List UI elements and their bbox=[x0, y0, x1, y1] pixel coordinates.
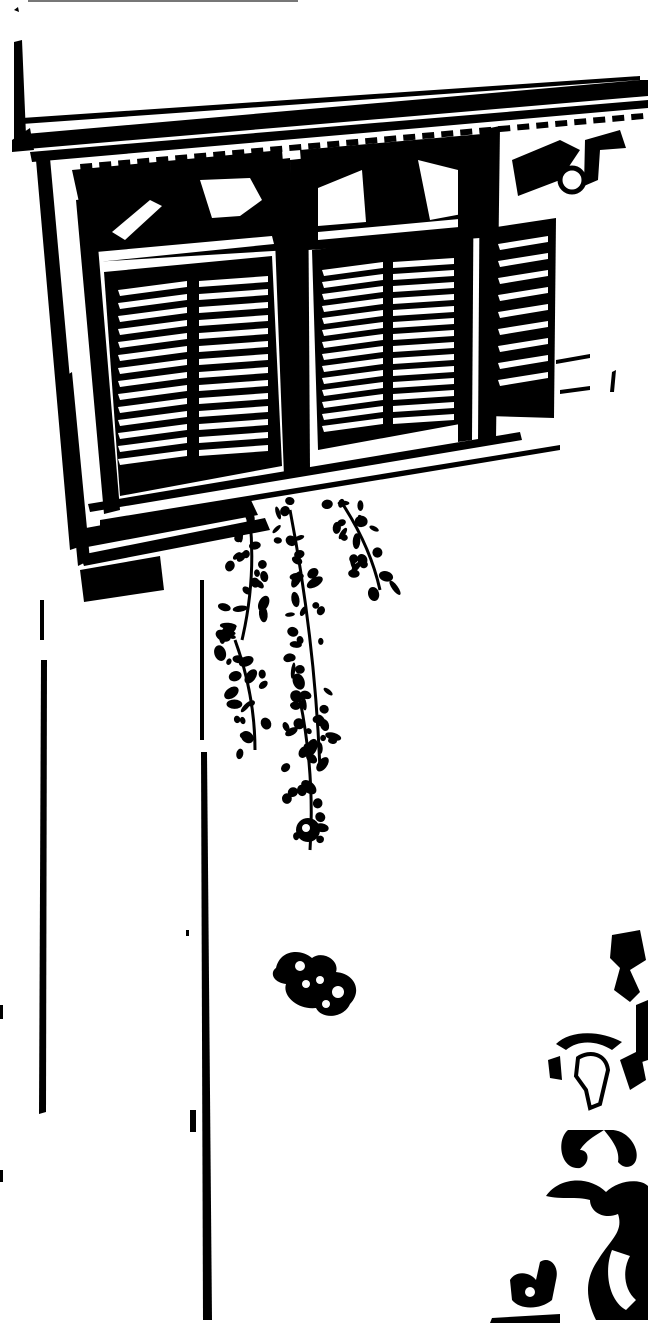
facade-svg bbox=[0, 0, 650, 1323]
center-window bbox=[290, 134, 482, 472]
facade-illustration bbox=[0, 0, 650, 1323]
